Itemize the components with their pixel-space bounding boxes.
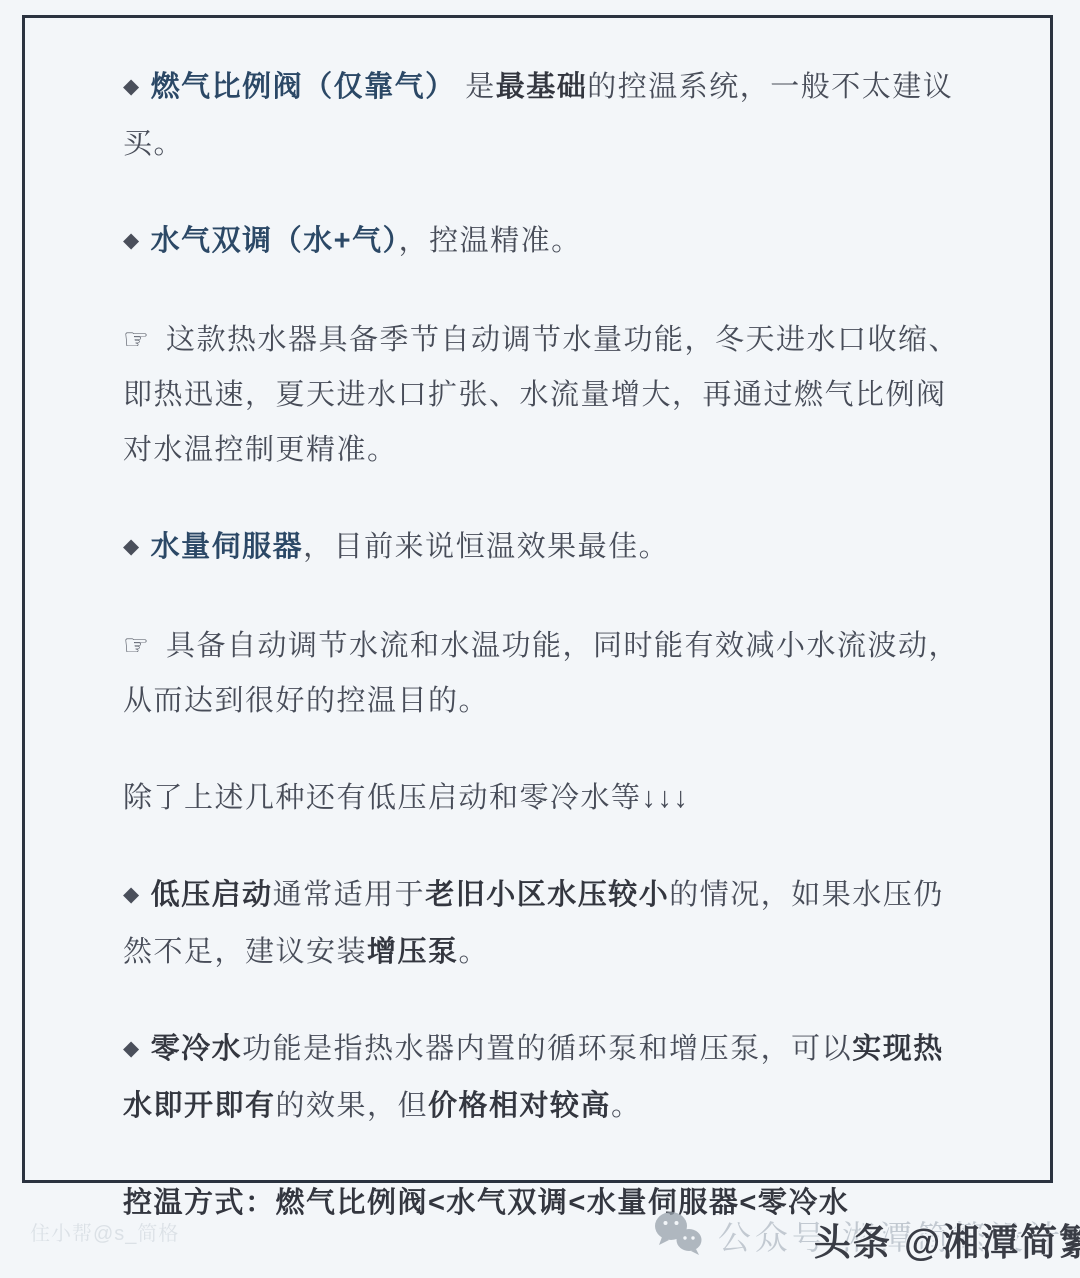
text-segment: 增压泵 <box>367 936 459 968</box>
text-segment: 价格相对较高 <box>428 1090 611 1122</box>
text-segment: 水量伺服器 <box>151 531 304 563</box>
text-segment: 低压启动 <box>151 879 273 911</box>
bullet-low-pressure-start: ◆低压启动通常适用于老旧小区水压较小的情况，如果水压仍然不足，建议安装增压泵。 <box>123 868 971 980</box>
text-segment: 功能是指热水器内置的循环泵和增压泵，可以 <box>242 1033 852 1065</box>
wechat-icon <box>652 1210 704 1261</box>
article-content: ◆燃气比例阀（仅靠气） 是最基础的控温系统，一般不太建议买。 ◆水气双调（水+气… <box>123 60 971 1231</box>
bullet-gas-proportional-valve: ◆燃气比例阀（仅靠气） 是最基础的控温系统，一般不太建议买。 <box>123 60 971 172</box>
bullet-zero-cold-water: ◆零冷水功能是指热水器内置的循环泵和增压泵，可以实现热水即开即有的效果，但价格相… <box>123 1022 971 1134</box>
bullet-water-servo: ◆水量伺服器，目前来说恒温效果最佳。 <box>123 520 971 577</box>
text-segment: 老旧小区水压较小 <box>425 879 669 911</box>
text-segment: 。 <box>459 936 490 968</box>
text-segment: 的效果，但 <box>276 1090 429 1122</box>
text-segment: 零冷水 <box>151 1033 243 1065</box>
text-segment: 。 <box>611 1090 642 1122</box>
article-frame: ◆燃气比例阀（仅靠气） 是最基础的控温系统，一般不太建议买。 ◆水气双调（水+气… <box>22 15 1053 1183</box>
text-segment: 是 <box>456 71 496 103</box>
text-segment: ☞ <box>123 324 157 356</box>
text-other-features: 除了上述几种还有低压启动和零冷水等↓↓↓ <box>123 771 971 826</box>
text-segment: 最基础 <box>496 71 588 103</box>
note-seasonal-water-adjust: ☞ 这款热水器具备季节自动调节水量功能，冬天进水口收缩、即热迅速，夏天进水口扩张… <box>123 313 971 478</box>
text-segment: 燃气比例阀（仅靠气） <box>151 71 456 103</box>
note-auto-flow-temp: ☞ 具备自动调节水流和水温功能，同时能有效减小水流波动，从而达到很好的控温目的。 <box>123 619 971 729</box>
text-segment: 除了上述几种还有低压启动和零冷水等↓↓↓ <box>123 782 690 814</box>
text-segment: ◆ <box>123 1037 151 1060</box>
text-segment: ◆ <box>123 75 151 98</box>
text-segment: ，控温精准。 <box>399 225 582 257</box>
text-segment: ◆ <box>123 535 151 558</box>
watermark-left: 住小帮@s_简格 <box>30 1217 179 1246</box>
text-segment: 这款热水器具备季节自动调节水量功能，冬天进水口收缩、即热迅速，夏天进水口扩张、水… <box>123 324 959 466</box>
text-segment: 具备自动调节水流和水温功能，同时能有效减小水流波动，从而达到很好的控温目的。 <box>123 630 959 717</box>
text-segment: ◆ <box>123 229 151 252</box>
text-segment: ☞ <box>123 630 157 662</box>
text-segment: ◆ <box>123 883 151 906</box>
watermark-right: 公众号 湘潭简繁设计 头条 @湘潭简繁设计 <box>652 1208 1064 1262</box>
text-segment: 水气双调（水+气） <box>151 225 399 257</box>
text-segment: ，目前来说恒温效果最佳。 <box>303 531 669 563</box>
bullet-water-gas-dual-adjust: ◆水气双调（水+气），控温精准。 <box>123 214 971 271</box>
watermark-dark-text: 头条 @湘潭简繁设计 <box>814 1212 1080 1266</box>
text-segment: 通常适用于 <box>273 879 426 911</box>
